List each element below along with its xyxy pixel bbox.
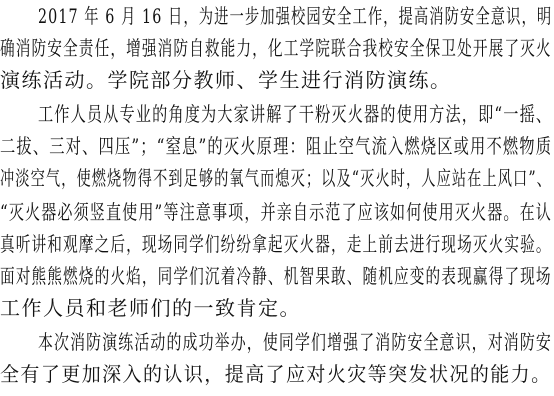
text-line: 面对熊熊燃烧的火焰，同学们沉着冷静、机智果敢、随机应变的表现赢得了现场 [0, 262, 552, 290]
text-line: 工作人员和老师们的一致肯定。 [0, 294, 301, 322]
text-line: 确消防安全责任，增强消防自救能力，化工学院联合我校安全保卫处开展了灭火 [0, 34, 552, 62]
text-line: 演练活动。学院部分教师、学生进行消防演练。 [0, 66, 452, 94]
text-line: 全有了更加深入的认识，提高了应对火灾等突发状况的能力。 [0, 360, 552, 388]
text-line: 2017 年 6 月 16 日，为进一步加强校园安全工作，提高消防安全意识，明 [38, 2, 552, 30]
text-line: 工作人员从专业的角度为大家讲解了干粉灭火器的使用方法，即“一摇、 [38, 100, 552, 128]
text-line: “灭火器必须竖直使用”等注意事项，并亲自示范了应该如何使用灭火器。在认 [0, 198, 552, 226]
text-line: 真听讲和观摩之后，现场同学们纷纷拿起灭火器，走上前去进行现场灭火实验。 [0, 230, 552, 258]
text-line: 二拔、三对、四压”；“窒息”的灭火原理：阻止空气流入燃烧区或用不燃物质 [0, 132, 552, 160]
text-line: 本次消防演练活动的成功举办，使同学们增强了消防安全意识，对消防安 [38, 328, 552, 356]
text-line: 冲淡空气，使燃烧物得不到足够的氧气而熄灭；以及“灭火时，人应站在上风口”、 [0, 164, 552, 192]
